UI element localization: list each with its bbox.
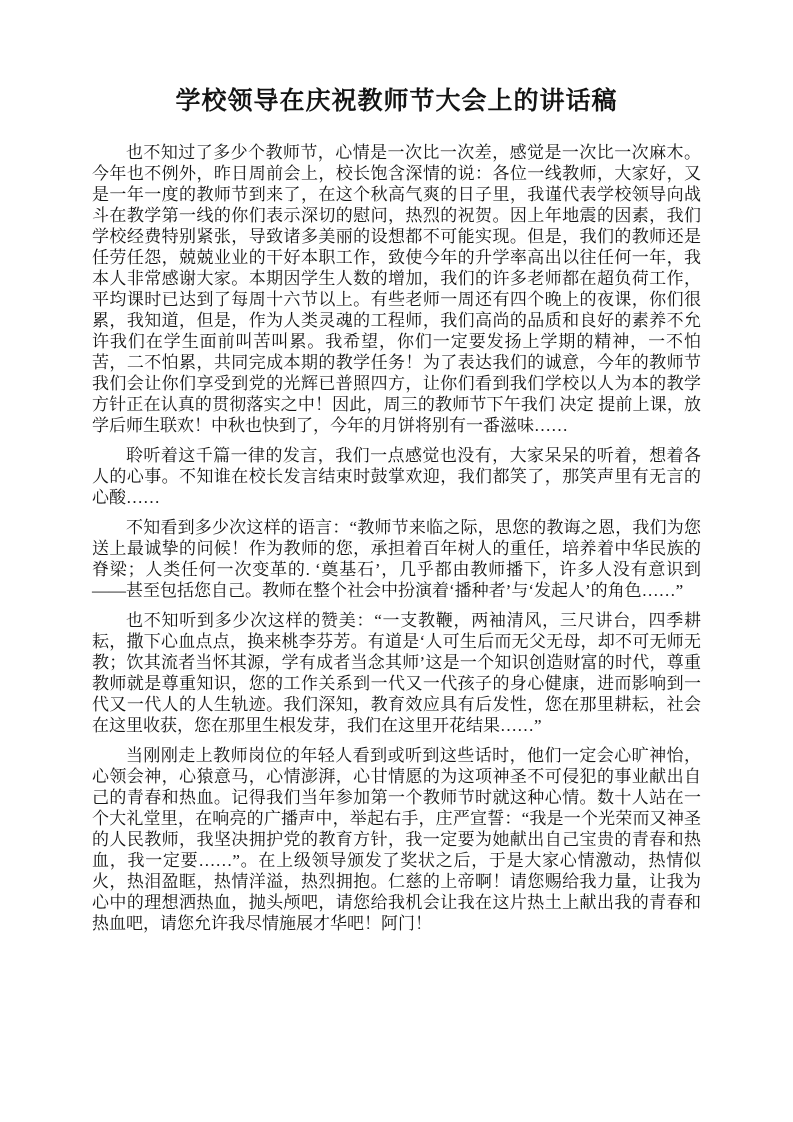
document-page: 学校领导在庆祝教师节大会上的讲话稿 也不知过了多少个教师节，心情是一次比一次差，…: [0, 0, 793, 1122]
document-title: 学校领导在庆祝教师节大会上的讲话稿: [92, 84, 701, 120]
paragraph-2: 聆听着这千篇一律的发言，我们一点感觉也没有，大家呆呆的听着，想着各人的心事。不知…: [92, 445, 701, 508]
paragraph-3: 不知看到多少次这样的语言：“教师节来临之际，思您的教诲之恩，我们为您送上最诚挚的…: [92, 517, 701, 601]
paragraph-4: 也不知听到多少次这样的赞美：“一支教鞭，两袖清风，三尺讲台，四季耕耘，撒下心血点…: [92, 610, 701, 736]
paragraph-1: 也不知过了多少个教师节，心情是一次比一次差，感觉是一次比一次麻木。今年也不例外，…: [92, 142, 701, 436]
paragraph-5: 当刚刚走上教师岗位的年轻人看到或听到这些话时，他们一定会心旷神怡，心领会神，心猿…: [92, 745, 701, 934]
